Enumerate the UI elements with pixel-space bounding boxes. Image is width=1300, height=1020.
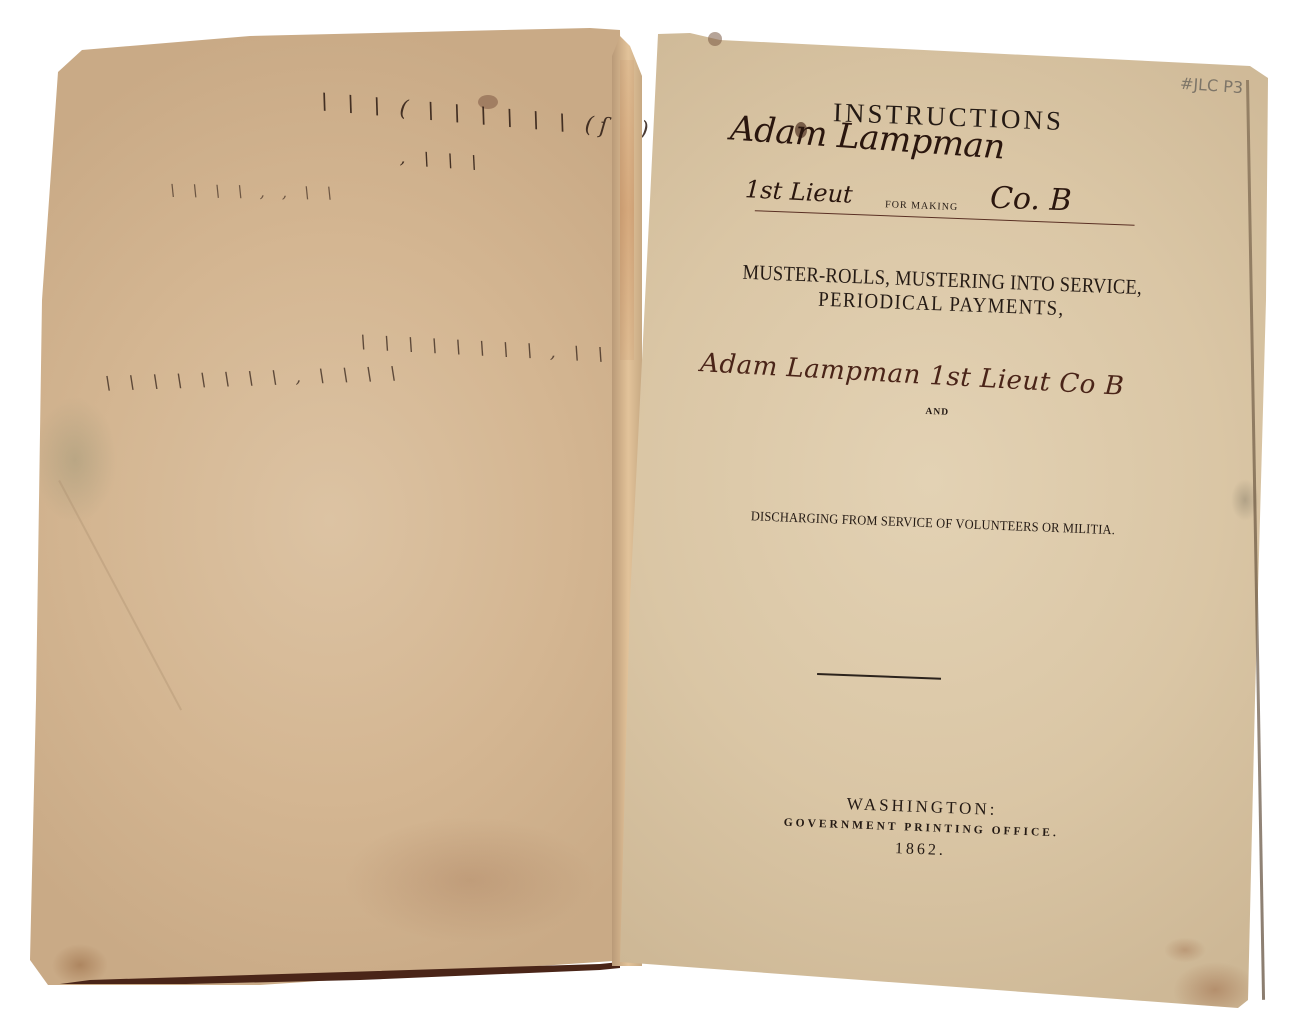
spine-stain — [620, 60, 634, 360]
handwritten-rank-top: 1st Lieut — [744, 175, 853, 209]
showthrough-handwriting-line-3: \ \ \ \ , , \ \ — [170, 181, 338, 203]
handwritten-company-top: Co. B — [989, 181, 1072, 219]
title-page-top-tear — [708, 32, 722, 46]
